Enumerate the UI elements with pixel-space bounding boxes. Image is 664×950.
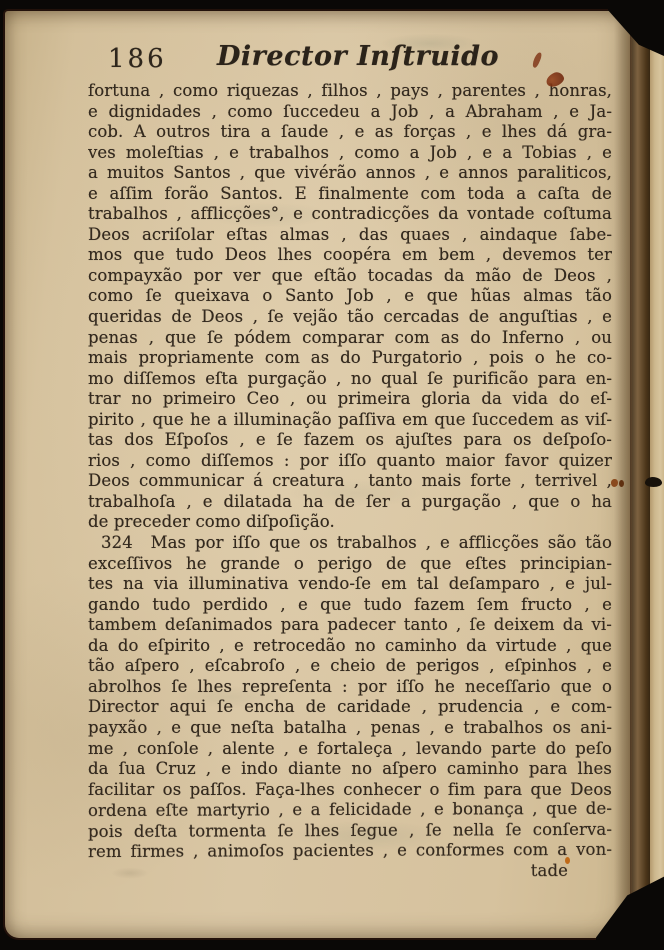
text-line: abrolhos ſe lhes repreſenta : por iſſo h…	[88, 677, 612, 698]
text-line: mos que tudo Deos lhes coopéra em bem , …	[88, 245, 612, 266]
text-line: me , conſole , alente , e fortaleça , le…	[88, 739, 612, 760]
text-line: mo diſſemos eſta purgação , no qual ſe p…	[88, 369, 612, 390]
next-page-edge	[650, 48, 664, 894]
text-line: trar no primeiro Ceo , ou primeira glori…	[88, 389, 612, 410]
page-header: 186 Director Inſtruido	[88, 41, 612, 81]
text-line: rios , como diſſemos : por iſſo quanto m…	[88, 451, 612, 472]
text-line: da ſua Cruz , e indo diante no aſpero ca…	[88, 759, 612, 780]
text-line: tas dos Eſpoſos , e ſe fazem os ajuſtes …	[88, 430, 612, 451]
text-line: fortuna , como riquezas , filhos , pays …	[88, 81, 612, 102]
text-line: cob. A outros tira a ſaude , e as forças…	[88, 122, 612, 143]
text-line: trabalhos , afflicções°, e contradicções…	[88, 204, 612, 225]
text-line: Director aqui ſe encha de caridade , pru…	[88, 697, 612, 718]
text-line: pois deſta tormenta ſe lhes ſegue , ſe n…	[88, 820, 612, 843]
text-line-paragraph-end: de preceder como diſpoſição.	[88, 512, 612, 533]
text-line: e aſſim forão Santos. E finalmente com t…	[88, 184, 612, 205]
text-line: pirito , que he a illuminação paſſiva em…	[88, 410, 612, 431]
text-line: facilitar os paſſos. Faça-lhes conhecer …	[88, 780, 612, 801]
book-page: 186 Director Inſtruido fortuna , como ri…	[5, 11, 630, 938]
text-line: gando tudo perdido , e que tudo fazem ſe…	[88, 595, 612, 616]
text-line: ordena eſte martyrio , e a felicidade , …	[88, 799, 612, 822]
catchword: tade	[88, 861, 612, 884]
text-line: ves moleſtias , e trabalhos , como a Job…	[88, 143, 612, 164]
book-scan: 186 Director Inſtruido fortuna , como ri…	[0, 0, 664, 950]
text-line: como ſe queixava o Santo Job , e que hũa…	[88, 286, 612, 307]
text-line: tambem deſanimados para padecer tanto , …	[88, 615, 612, 636]
text-line: rem firmes , animoſos pacientes , e conf…	[88, 840, 612, 863]
text-line: mais propriamente com as do Purgatorio ,…	[88, 348, 612, 369]
binding-gutter-shadow	[614, 10, 652, 938]
text-line: trabalhoſa , e dilatada ha de ſer a purg…	[88, 492, 612, 513]
text-line: compayxão por ver que eſtão tocadas da m…	[88, 266, 612, 287]
running-title: Director Inſtruido	[88, 41, 612, 72]
text-line-paragraph-start: 324 Mas por iſſo que os trabalhos , e af…	[88, 533, 612, 554]
text-line: payxão , e que neſta batalha , penas , e…	[88, 718, 612, 739]
text-line: queridas de Deos , ſe vejão tão cercadas…	[88, 307, 612, 328]
text-line: e dignidades , como ſuccedeu a Job , a A…	[88, 102, 612, 123]
text-line: tes na via illuminativa vendo-ſe em tal …	[88, 574, 612, 595]
text-line: a muitos Santos , que vivérão annos , e …	[88, 163, 612, 184]
text-line: Deos communicar á creatura , tanto mais …	[88, 471, 612, 492]
text-line: tão aſpero , eſcabroſo , e cheio de peri…	[88, 656, 612, 677]
body-text: fortuna , como riquezas , filhos , pays …	[88, 81, 612, 882]
text-line: da do eſpirito , e retrocedão no caminho…	[88, 636, 612, 657]
text-line: penas , que ſe pódem comparar com as do …	[88, 328, 612, 349]
text-line: Deos acriſolar eſtas almas , das quaes ,…	[88, 225, 612, 246]
text-line: exceſſivos he grande o perigo de que eſt…	[88, 554, 612, 575]
